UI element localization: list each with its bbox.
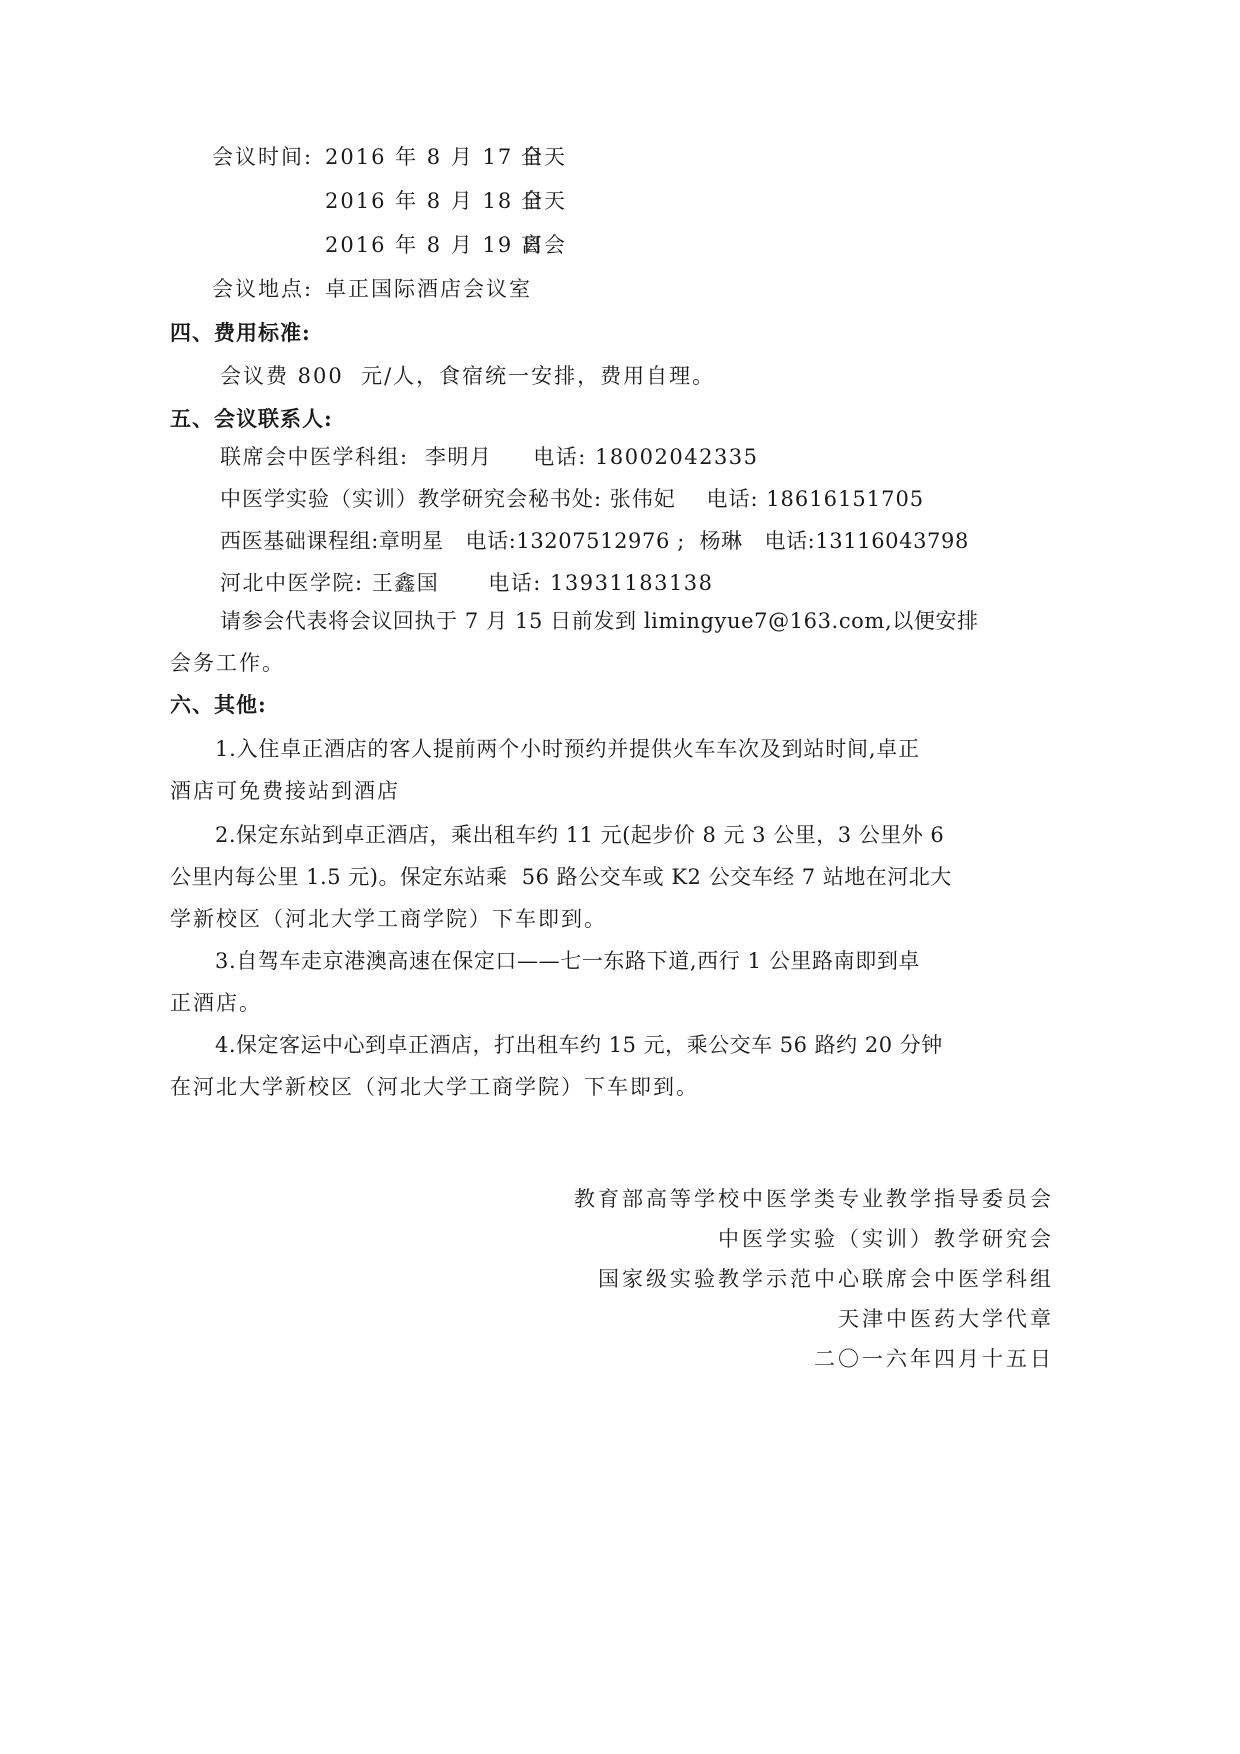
section-4-heading: 四、费用标准: [170,318,311,348]
meeting-note-3: 离会 [521,230,567,260]
other-item-1-line-2: 酒店可免费接站到酒店 [170,776,400,806]
signature-org-4: 天津中医药大学代章 [838,1304,1054,1334]
other-item-3-line-2: 正酒店。 [170,988,262,1018]
signature-date: 二〇一六年四月十五日 [814,1344,1054,1374]
signature-org-2: 中医学实验（实训）教学研究会 [718,1224,1054,1254]
signature-org-3: 国家级实验教学示范中心联席会中医学科组 [598,1264,1054,1294]
meeting-date-3: 2016 年 8 月 19 日 [325,230,545,260]
contact-line-2: 中医学实验（实训）教学研究会秘书处: 张伟妃 电话: 18616151705 [220,484,924,514]
other-item-1-line-1: 1.入住卓正酒店的客人提前两个小时预约并提供火车车次及到站时间,卓正 [215,734,920,764]
meeting-time-label: 会议时间: [212,142,313,172]
contact-line-4: 河北中医学院: 王鑫国 电话: 13931183138 [220,568,714,598]
contact-line-3: 西医基础课程组:章明星 电话:13207512976 ; 杨琳 电话:13116… [220,526,969,556]
meeting-place-label: 会议地点: [212,274,313,304]
meeting-place: 卓正国际酒店会议室 [325,274,532,304]
meeting-note-2: 全天 [521,186,567,216]
other-item-2-line-3: 学新校区（河北大学工商学院）下车即到。 [170,904,607,934]
section-5-heading: 五、会议联系人: [170,404,333,434]
meeting-date-2: 2016 年 8 月 18 日 [325,186,545,216]
reply-note-line-2: 会务工作。 [170,648,285,678]
other-item-2-line-2: 公里内每公里 1.5 元)。保定东站乘 56 路公交车或 K2 公交车经 7 站… [170,862,952,892]
contact-line-1: 联席会中医学科组: 李明月 电话: 18002042335 [220,442,759,472]
other-item-3-line-1: 3.自驾车走京港澳高速在保定口——七一东路下道,西行 1 公里路南即到卓 [215,946,920,976]
section-6-heading: 六、其他: [170,690,267,720]
reply-note-line-1: 请参会代表将会议回执于 7 月 15 日前发到 limingyue7@163.c… [220,606,979,636]
document-page: 会议时间: 2016 年 8 月 17 日 全天 2016 年 8 月 18 日… [0,0,1240,1754]
meeting-note-1: 全天 [521,142,567,172]
other-item-2-line-1: 2.保定东站到卓正酒店，乘出租车约 11 元(起步价 8 元 3 公里，3 公里… [215,820,944,850]
meeting-date-1: 2016 年 8 月 17 日 [325,142,545,172]
fee-text: 会议费 800 元/人，食宿统一安排，费用自理。 [220,361,715,391]
other-item-4-line-1: 4.保定客运中心到卓正酒店，打出租车约 15 元，乘公交车 56 路约 20 分… [215,1030,943,1060]
other-item-4-line-2: 在河北大学新校区（河北大学工商学院）下车即到。 [170,1072,699,1102]
signature-org-1: 教育部高等学校中医学类专业教学指导委员会 [574,1184,1054,1214]
